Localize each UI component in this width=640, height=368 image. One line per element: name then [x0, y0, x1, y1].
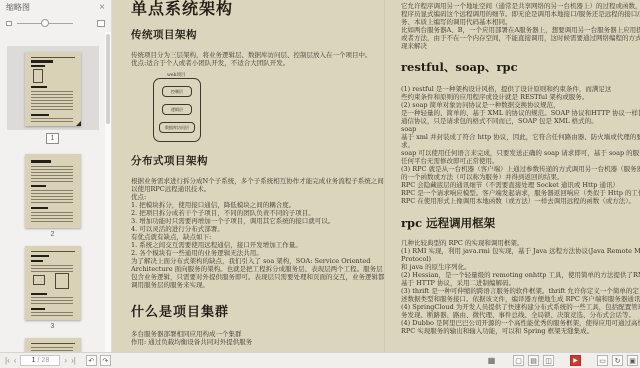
page-4-thumbnail[interactable] — [25, 338, 81, 352]
fit-page-icon[interactable]: ▭ — [597, 355, 608, 366]
diagram-logic-layer-box: 逻辑层 — [162, 104, 192, 115]
fullscreen-icon[interactable]: ▣ — [627, 355, 638, 366]
status-bar: |‹ ‹ 1 / 28 › ›| ↶ ↷ ▦ ▢ ▤ ◫ ▶ ▭ ↻ ▣ — [0, 352, 640, 368]
page-2-number[interactable]: 2 — [51, 231, 55, 238]
rpc-framework-body: 几种比较典型的 RPC 的实现和调用框架。 (1) RMI 实现，利用 java… — [401, 239, 640, 335]
rotate-view-icon[interactable]: ↻ — [612, 355, 623, 366]
thumbnail-item-3: 3 — [0, 246, 105, 332]
document-view: 单点系统架构 传统项目架构 传统项目分为三层架构，将业务逻辑层、数据库访问层、控… — [113, 0, 640, 352]
first-page-button[interactable]: |‹ — [5, 356, 10, 365]
current-page-value: 1 — [32, 357, 36, 364]
protocols-body: (1) restful 是一种架构设计风格，提供了设计原则和约束条件，而满足这 … — [401, 85, 640, 205]
facing-pages-view-icon[interactable]: ◫ — [543, 355, 554, 366]
diagram-dao-layer-box: 数据库访问层 — [159, 122, 195, 133]
diagram-outer-box: 控制层 逻辑层 数据库访问层 — [153, 78, 201, 142]
page-navigation: |‹ ‹ 1 / 28 › ›| ↶ ↷ — [0, 355, 111, 366]
next-page-button[interactable]: › — [64, 356, 67, 365]
thumbnail-zoom-row — [0, 15, 111, 31]
rpc-intro-body: 它允许程序调用另一个地址空间（通常是共享网络的另一台机器上）的过程或函数，而不用… — [401, 2, 640, 50]
next-view-icon[interactable]: ↷ — [100, 355, 111, 366]
web-project-diagram: web项目 控制层 逻辑层 数据库访问层 — [153, 72, 233, 146]
panel-title: 缩略图 — [6, 2, 30, 13]
close-icon[interactable]: × — [99, 4, 105, 12]
page-3-number[interactable]: 3 — [51, 323, 55, 330]
last-page-button[interactable]: ›| — [71, 356, 76, 365]
thumbnail-size-slider[interactable] — [17, 18, 73, 28]
document-page-2: 它允许程序调用另一个地址空间（通常是共享网络的另一台机器上）的过程或函数，而不用… — [384, 0, 640, 352]
view-history-buttons: ↶ ↷ — [86, 355, 111, 366]
cluster-body: 多台服务器部署相同应用构成一个集群 作用: 通过负载均衡设备共同对外提供服务 — [131, 330, 374, 346]
thumbnail-selection-highlight — [7, 46, 99, 130]
grid-view-icon[interactable]: ▦ — [486, 355, 497, 366]
thumbnail-corner-mark — [76, 121, 81, 126]
page-3-thumbnail[interactable] — [25, 246, 81, 320]
single-page-view-icon[interactable]: ▢ — [513, 355, 524, 366]
document-page-1: 单点系统架构 传统项目架构 传统项目分为三层架构，将业务逻辑层、数据库访问层、控… — [113, 0, 384, 352]
thumbnail-panel: 缩略图 × — [0, 0, 112, 352]
diagram-control-layer-box: 控制层 — [162, 86, 192, 97]
sidebar-scrollbar-thumb[interactable] — [106, 34, 110, 124]
thumbnail-item-1: 1 — [0, 32, 105, 146]
slider-knob[interactable] — [41, 19, 49, 27]
protocols-heading: restful、soap、rpc — [401, 59, 640, 75]
thumbnail-item-2: 2 — [0, 154, 105, 240]
traditional-arch-body: 传统项目分为三层架构，将业务逻辑层、数据库访问层、控制层放入在一个项目中。 优点… — [131, 51, 374, 67]
sidebar-scrollbar[interactable] — [105, 32, 111, 352]
read-mode-icon[interactable]: ▶ — [570, 355, 581, 366]
distributed-arch-heading: 分布式项目架构 — [131, 153, 374, 168]
thumbnail-item-4 — [0, 338, 105, 352]
thumbnail-list: 1 2 — [0, 32, 105, 352]
large-thumbnail-icon — [97, 20, 105, 27]
small-thumbnail-icon — [6, 21, 12, 26]
prev-page-button[interactable]: ‹ — [14, 356, 17, 365]
traditional-arch-heading: 传统项目架构 — [131, 27, 374, 42]
page-1-number[interactable]: 1 — [46, 133, 60, 144]
previous-view-icon[interactable]: ↶ — [86, 355, 97, 366]
total-pages-label: / 28 — [38, 357, 50, 364]
page-1-thumbnail[interactable] — [25, 52, 81, 126]
distributed-arch-body: 根据业务需求进行拆分成N个子系统，多个子系统相互协作才能完成业务流程子系统之间可… — [131, 177, 374, 289]
page-number-input[interactable]: 1 / 28 — [20, 355, 60, 366]
page-2-thumbnail[interactable] — [25, 154, 81, 228]
rpc-framework-heading: rpc 远程调用框架 — [401, 215, 640, 231]
continuous-view-icon[interactable]: ▤ — [528, 355, 539, 366]
cluster-heading: 什么是项目集群 — [131, 301, 374, 320]
view-mode-toolbar: ▦ ▢ ▤ ◫ ▶ ▭ ↻ ▣ — [486, 355, 640, 366]
thumbnail-panel-header: 缩略图 × — [0, 0, 111, 15]
doc-title: 单点系统架构 — [131, 0, 374, 19]
